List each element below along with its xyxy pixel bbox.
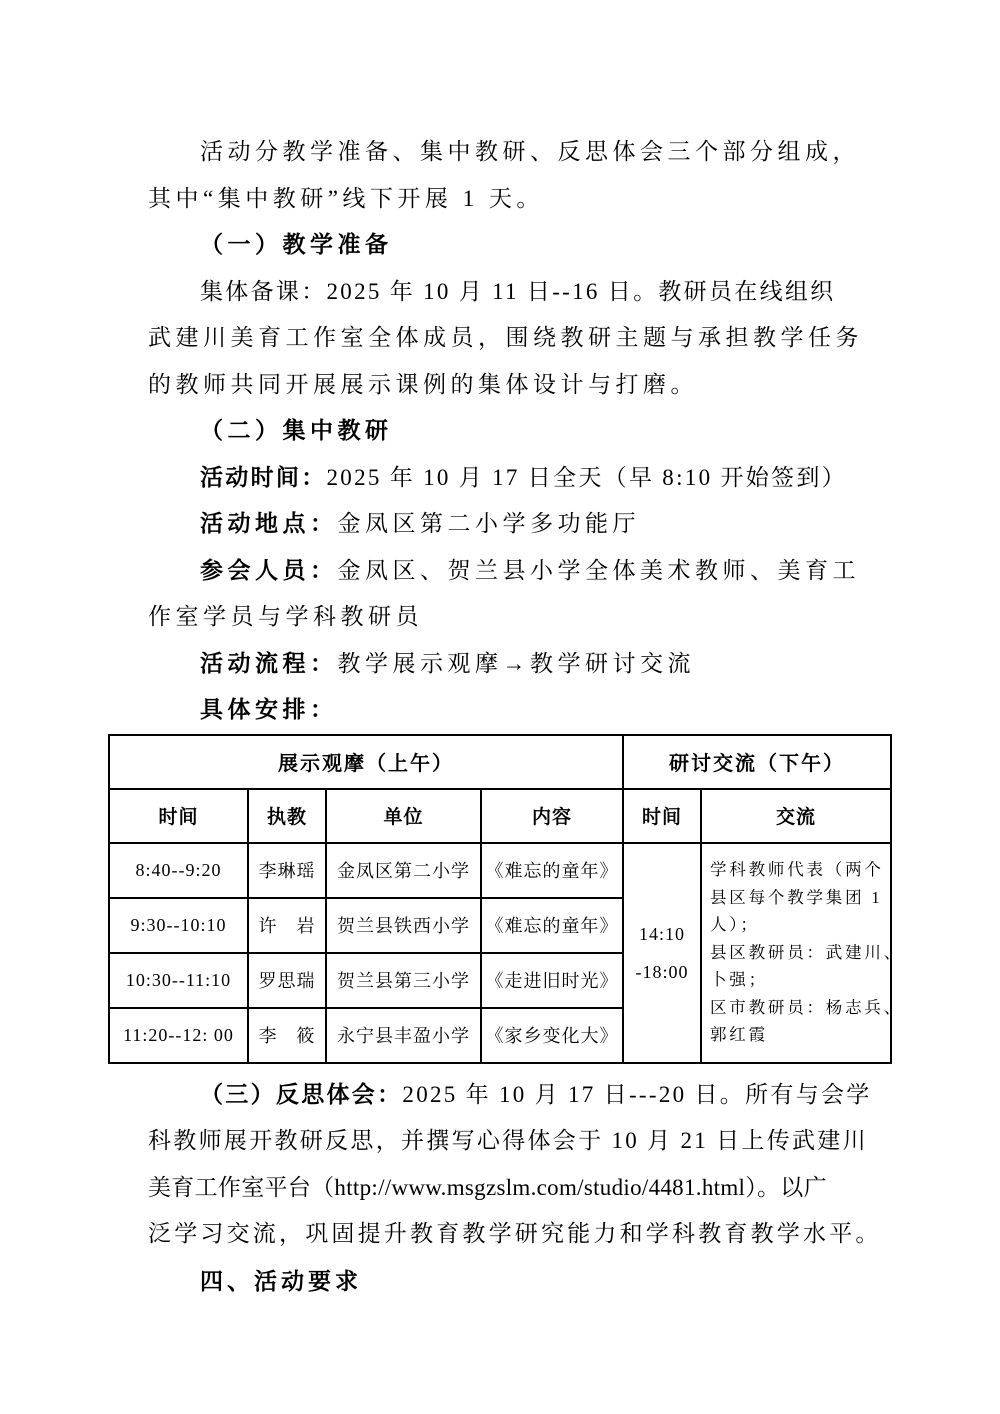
text-block-top: 活动分教学准备、集中教研、反思体会三个部分组成， 其中“集中教研”线下开展 1 … bbox=[148, 0, 860, 734]
attendees-label: 参会人员： bbox=[200, 558, 338, 583]
column-header-school: 单位 bbox=[326, 789, 481, 843]
section-heading-activity-requirements: 四、活动要求 bbox=[148, 1258, 860, 1305]
cell-teacher: 李 筱 bbox=[248, 1008, 326, 1063]
cell-school: 贺兰县第三小学 bbox=[326, 953, 481, 1008]
activity-place-value: 金凤区第二小学多功能厅 bbox=[338, 511, 641, 536]
afternoon-content-line: 区市教研员：杨志兵、 bbox=[710, 994, 888, 1022]
schedule-table: 展示观摩（上午） 研讨交流（下午） 时间 执教 单位 内容 时间 交流 8:40… bbox=[108, 734, 892, 1064]
section-heading-teaching-prep: （一）教学准备 bbox=[148, 222, 860, 269]
column-header-teacher: 执教 bbox=[248, 789, 326, 843]
cell-time: 11:20--12: 00 bbox=[109, 1008, 248, 1063]
column-header-afternoon-time: 时间 bbox=[623, 789, 701, 843]
cell-teacher: 许 岩 bbox=[248, 898, 326, 953]
cell-teacher: 李琳瑶 bbox=[248, 843, 326, 898]
cell-school: 金凤区第二小学 bbox=[326, 843, 481, 898]
column-header-exchange: 交流 bbox=[701, 789, 891, 843]
paragraph-line: 其中“集中教研”线下开展 1 天。 bbox=[148, 176, 860, 223]
paragraph-line: 科教师展开教研反思，并撰写心得体会于 10 月 21 日上传武建川 bbox=[148, 1118, 860, 1165]
afternoon-content-line: 县区教研员：武建川、 bbox=[710, 939, 888, 967]
cell-teacher: 罗思瑞 bbox=[248, 953, 326, 1008]
activity-place-line: 活动地点：金凤区第二小学多功能厅 bbox=[148, 501, 860, 548]
text-block-bottom: （三）反思体会：2025 年 10 月 17 日---20 日。所有与会学 科教… bbox=[148, 1072, 860, 1305]
paragraph-line: 的教师共同开展展示课例的集体设计与打磨。 bbox=[148, 362, 860, 409]
paragraph-line: 集体备课：2025 年 10 月 11 日--16 日。教研员在线组织 bbox=[148, 269, 860, 316]
activity-place-label: 活动地点： bbox=[200, 511, 338, 536]
paragraph-line-url: 美育工作室平台（http://www.msgzslm.com/studio/44… bbox=[148, 1165, 860, 1212]
attendees-value: 金凤区、贺兰县小学全体美术教师、美育工 bbox=[338, 558, 861, 583]
cell-school: 贺兰县铁西小学 bbox=[326, 898, 481, 953]
activity-flow-label: 活动流程： bbox=[200, 651, 338, 676]
attendees-line: 参会人员：金凤区、贺兰县小学全体美术教师、美育工 bbox=[148, 548, 860, 595]
table-row-column-header: 时间 执教 单位 内容 时间 交流 bbox=[109, 789, 891, 843]
cell-content: 《难忘的童年》 bbox=[481, 843, 623, 898]
afternoon-time-cell: 14:10 -18:00 bbox=[623, 843, 701, 1063]
column-header-content: 内容 bbox=[481, 789, 623, 843]
cell-time: 9:30--10:10 bbox=[109, 898, 248, 953]
paragraph-line: 活动分教学准备、集中教研、反思体会三个部分组成， bbox=[148, 129, 860, 176]
afternoon-content-line: 学科教师代表（两个 bbox=[710, 856, 888, 884]
afternoon-content-line: 人）； bbox=[710, 911, 888, 939]
reflection-value: 2025 年 10 月 17 日---20 日。所有与会学 bbox=[402, 1082, 871, 1107]
afternoon-content-line: 县区每个教学集团 1 bbox=[710, 884, 888, 912]
table-row: 8:40--9:20 李琳瑶 金凤区第二小学 《难忘的童年》 14:10 -18… bbox=[109, 843, 891, 898]
morning-section-header: 展示观摩（上午） bbox=[109, 735, 623, 789]
paragraph-line: 武建川美育工作室全体成员，围绕教研主题与承担教学任务 bbox=[148, 315, 860, 362]
schedule-table-body: 8:40--9:20 李琳瑶 金凤区第二小学 《难忘的童年》 14:10 -18… bbox=[109, 843, 891, 1063]
paragraph-line: 泛学习交流，巩固提升教育教学研究能力和学科教育教学水平。 bbox=[148, 1211, 860, 1258]
document-page: 活动分教学准备、集中教研、反思体会三个部分组成， 其中“集中教研”线下开展 1 … bbox=[0, 0, 1000, 1414]
activity-time-value: 2025 年 10 月 17 日全天（早 8:10 开始签到） bbox=[327, 465, 847, 490]
section-heading-central-research: （二）集中教研 bbox=[148, 408, 860, 455]
cell-content: 《难忘的童年》 bbox=[481, 898, 623, 953]
afternoon-time-line: -18:00 bbox=[624, 953, 700, 991]
schedule-table-head: 展示观摩（上午） 研讨交流（下午） 时间 执教 单位 内容 时间 交流 bbox=[109, 735, 891, 843]
cell-time: 10:30--11:10 bbox=[109, 953, 248, 1008]
afternoon-time-line: 14:10 bbox=[624, 915, 700, 953]
afternoon-content-line: 卜强； bbox=[710, 966, 888, 994]
afternoon-section-header: 研讨交流（下午） bbox=[623, 735, 891, 789]
cell-content: 《走进旧时光》 bbox=[481, 953, 623, 1008]
schedule-heading: 具体安排： bbox=[148, 687, 860, 734]
reflection-label: （三）反思体会： bbox=[200, 1082, 402, 1107]
section-heading-reflection-line: （三）反思体会：2025 年 10 月 17 日---20 日。所有与会学 bbox=[148, 1072, 860, 1119]
column-header-time: 时间 bbox=[109, 789, 248, 843]
cell-content: 《家乡变化大》 bbox=[481, 1008, 623, 1063]
afternoon-content-line: 郭红霞 bbox=[710, 1021, 888, 1049]
activity-time-line: 活动时间：2025 年 10 月 17 日全天（早 8:10 开始签到） bbox=[148, 455, 860, 502]
attendees-continued-line: 作室学员与学科教研员 bbox=[148, 594, 860, 641]
cell-school: 永宁县丰盈小学 bbox=[326, 1008, 481, 1063]
afternoon-content-cell: 学科教师代表（两个 县区每个教学集团 1 人）； 县区教研员：武建川、 卜强； … bbox=[701, 843, 891, 1063]
cell-time: 8:40--9:20 bbox=[109, 843, 248, 898]
activity-flow-line: 活动流程：教学展示观摩→教学研讨交流 bbox=[148, 641, 860, 688]
activity-time-label: 活动时间： bbox=[200, 465, 327, 490]
activity-flow-value: 教学展示观摩→教学研讨交流 bbox=[338, 651, 696, 676]
table-row-group-header: 展示观摩（上午） 研讨交流（下午） bbox=[109, 735, 891, 789]
